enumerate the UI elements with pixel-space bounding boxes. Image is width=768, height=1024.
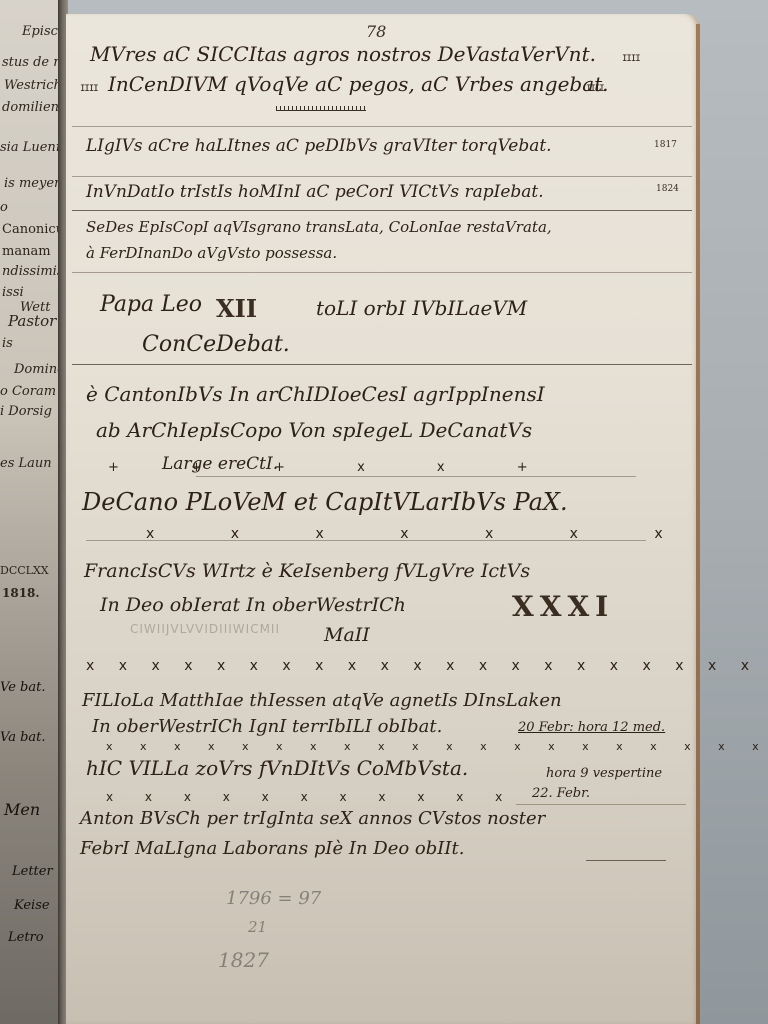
page-number: 78 [366,22,386,41]
entry-line: toLI orbI IVbILaeVM [316,296,527,320]
faint-stamp-text: CIWIIJVLVVIDIIIWICMII [130,622,280,636]
roman-numeral: XII [216,294,257,323]
left-fragment: Westrich a [4,78,60,93]
left-fragment: manam [2,244,51,259]
entry-line: MaII [324,624,370,646]
hatched-underline [276,106,366,111]
pencil-note: 1827 [218,948,269,972]
cross-row: x x x x x x x x x x x x x x x x x x x x … [86,658,768,674]
ruled-line [72,272,692,273]
left-fragment: Va bat. [0,730,46,745]
entry-line: hIC VILLa zoVrs fVnDItVs CoMbVsta. [86,756,468,780]
entry-line: SeDes EpIsCopI aqVIsgrano transLata, CoL… [86,218,552,236]
left-fragment: is [2,336,13,351]
margin-note: hora 9 vespertine [546,766,662,781]
cross-row: x x x x x x x x x x x x x x x x x x x x [106,740,768,753]
entry-line: DeCano PLoVeM et CapItVLarIbVs PaX. [82,488,568,516]
entry-line: MVres aC SICCItas agros nostros DeVastaV… [90,42,596,66]
page-edge [696,24,700,1024]
ruled-line [72,210,692,211]
tally-mark: IIII [80,84,98,94]
ruled-line [516,804,686,805]
margin-year: 1824 [656,184,679,194]
margin-date: 22. Febr. [532,786,590,801]
margin-year: 1817 [654,140,677,150]
left-fragment: Letter [12,864,53,879]
ruled-line [196,476,636,477]
ruled-line [72,176,692,177]
tally-mark: IIII [586,84,604,94]
cross-row: + + + x x + [108,460,562,475]
entry-line: In oberWestrICh IgnI terrIbILI obIbat. [92,716,442,737]
left-fragment: Letro [8,930,44,945]
left-fragment: issi [2,285,24,300]
entry-line: ConCeDebat. [142,332,290,357]
entry-line: à FerDInanDo aVgVsto possessa. [86,244,337,262]
entry-line: ab ArChIepIsCopo Von spIegeL DeCanatVs [96,418,532,442]
ruled-line [72,126,692,127]
left-fragment: 1818. [2,586,40,600]
tally-mark: IIII [622,54,640,64]
pencil-note: 1796 = 97 [226,888,321,909]
left-fragment: domilien [2,100,59,115]
left-fragment: o [0,200,8,215]
entry-line: InCenDIVM qVoqVe aC pegos, aC Vrbes ange… [108,72,609,96]
pencil-note: 21 [248,918,267,936]
left-fragment: Men [4,800,40,819]
left-fragment: o Coram [0,384,56,399]
entry-line: Papa Leo [100,292,202,317]
ruled-line [72,364,692,365]
entry-line: FebrI MaLIgna Laborans pIè In Deo obIIt. [80,838,464,859]
left-fragment: Ve bat. [0,680,45,695]
ruled-line [86,540,646,541]
cross-row: x x x x x x x x x x x [106,790,516,804]
left-fragment: i Dorsig [0,404,52,419]
left-fragment: Canonicus [2,222,60,237]
entry-line: FrancIsCVs WIrtz è KeIsenberg fVLgVre Ic… [84,560,530,582]
roman-numeral: XXXI [512,590,614,623]
left-fragment: Keise [14,898,50,913]
entry-line: è CantonIbVs In arChIDIoeCesI agrIppInen… [86,382,545,406]
left-fragment: Episcop [22,24,60,39]
left-fragment: Domine [14,362,60,377]
ruled-line [586,860,666,861]
left-fragment: es Laun [0,456,52,471]
manuscript-page: 78 MVres aC SICCItas agros nostros DeVas… [66,14,700,1024]
left-fragment: is meyen [4,176,60,191]
left-fragment: Pastor [8,312,56,330]
entry-line: LIgIVs aCre haLItnes aC peDIbVs graVIter… [86,136,552,156]
margin-note: 20 Febr: hora 12 med. [518,720,665,735]
left-fragment: sia Luenng [0,140,60,155]
entry-line: InVnDatIo trIstIs hoMInI aC peCorI VICtV… [86,182,544,202]
entry-line: In Deo obIerat In oberWestrICh [100,594,406,616]
left-fragment: stus de m [2,55,60,70]
left-fragment: ndissimis [2,264,60,279]
entry-line: FILIoLa MatthIae thIessen atqVe agnetIs … [82,690,562,711]
entry-line: Anton BVsCh per trIgInta seX annos CVsto… [80,808,545,829]
left-fragment: DCCLXX [0,564,49,577]
left-page: Episcop stus de m Westrich a domilien si… [0,0,60,1024]
